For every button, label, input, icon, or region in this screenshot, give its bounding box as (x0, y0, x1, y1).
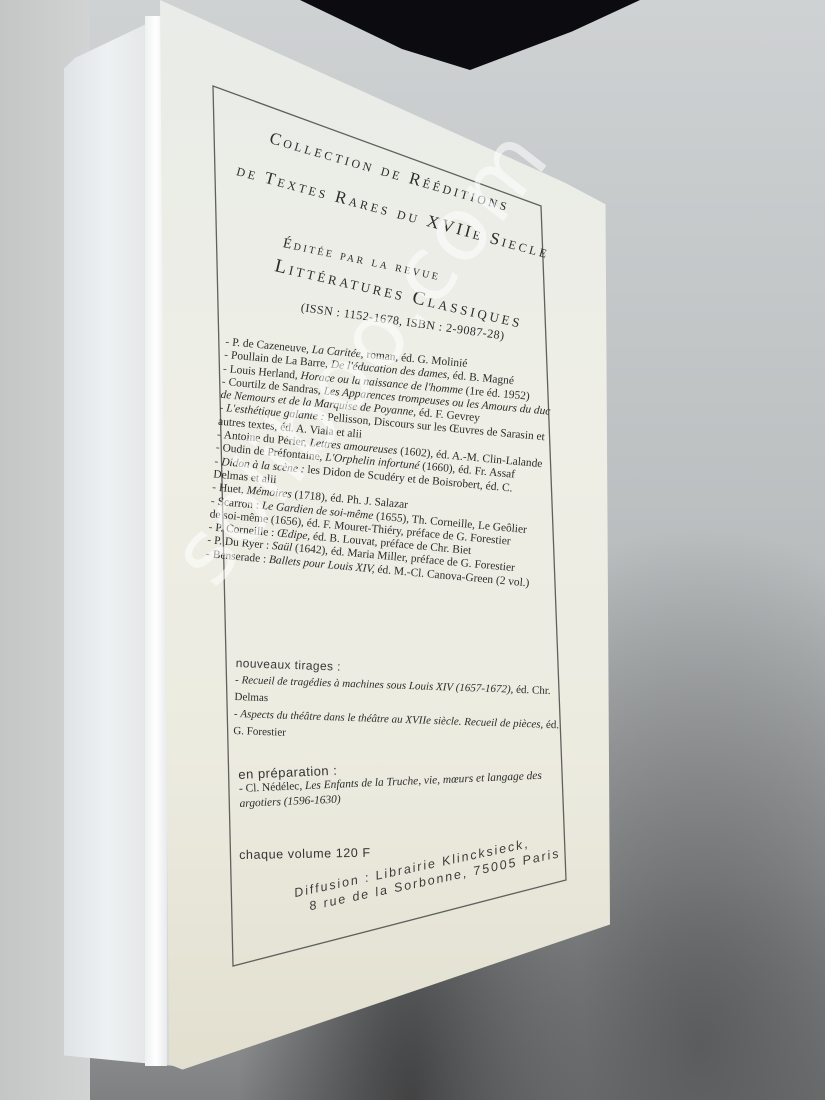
price-line: chaque volume 120 F (239, 846, 371, 862)
distributor-address: Diffusion : Librairie Klincksieck, 8 rue… (293, 830, 562, 917)
cover-content: Collection de Rééditions de Textes Rares… (0, 0, 825, 1100)
titles-list: -P. de Cazeneuve, La Caritée, roman, éd.… (206, 336, 555, 591)
in-preparation-section: en préparation : - Cl. Nédélec, Les Enfa… (238, 753, 570, 812)
new-prints-section: nouveaux tirages : - Recueil de tragédie… (233, 655, 566, 751)
